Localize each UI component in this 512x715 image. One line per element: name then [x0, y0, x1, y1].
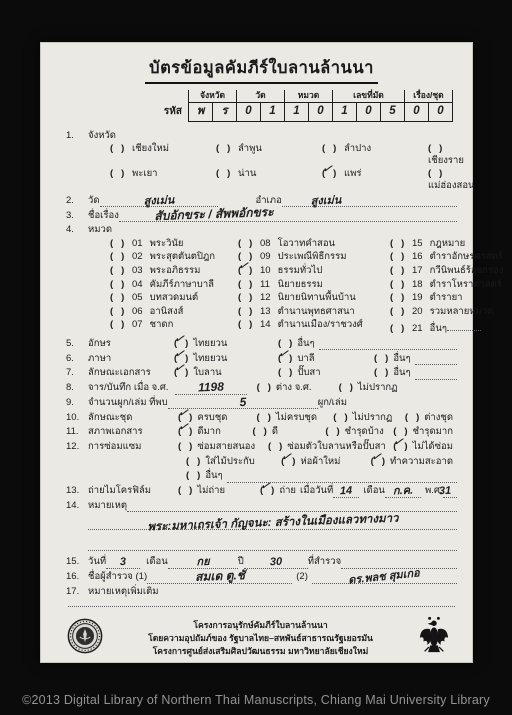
- checkbox: (): [322, 143, 336, 156]
- german-eagle-icon: [417, 616, 451, 661]
- option-label: ตำนานพุทธศาสนา: [278, 306, 355, 317]
- code-cell: 1: [261, 102, 285, 121]
- checkbox: (): [428, 143, 442, 156]
- work-title-label: ชื่อเรื่อง: [88, 210, 119, 223]
- item-number: 10.: [66, 412, 88, 425]
- paren-open: (: [216, 143, 219, 156]
- option-label: ตำนานเมือง/ราชวงศ์: [278, 319, 363, 330]
- option-label: ธรรมทั่วไป: [278, 265, 323, 276]
- code-header-category: หมวด: [285, 90, 333, 103]
- category-number: 17: [412, 265, 427, 278]
- set-label: ลักษณะชุด: [88, 412, 178, 425]
- item-number: 12.: [66, 441, 88, 454]
- category-number: 18: [412, 279, 427, 292]
- paren-open: (: [178, 441, 181, 454]
- checkbox: (): [110, 306, 124, 319]
- paren-open: (: [238, 306, 241, 319]
- category-option: () 19 ตำรายา: [390, 292, 503, 306]
- province-option: ()✓ แพร่: [322, 168, 424, 193]
- microfilm-month-value: ก.ค.: [393, 484, 414, 499]
- option-label: ชาดก: [150, 319, 174, 330]
- paren-close: ): [401, 323, 404, 334]
- code-row-label: รหัส: [164, 105, 182, 118]
- option-label: ประเพณีพิธีกรรม: [278, 251, 347, 262]
- paren-open: (: [278, 367, 281, 380]
- checkbox: (): [252, 426, 266, 439]
- province-options: () เชียงใหม่ () ลำพูน () ลำปาง () เชียงร…: [110, 143, 457, 193]
- temple-label: วัด: [88, 195, 100, 208]
- paren-close: ): [268, 412, 271, 423]
- option-label: นิยายนิทานพื้นบ้าน: [278, 292, 356, 303]
- project-line-2: โดยความอุปถัมภ์ของ รัฐบาลไทย–สหพันธ์สาธา…: [104, 632, 417, 645]
- item-number: 8.: [66, 382, 88, 395]
- code-cell: 0: [309, 102, 333, 121]
- doc-type-label: ลักษณะเอกสาร: [88, 367, 174, 380]
- year-field: 1198: [175, 383, 247, 395]
- category-number: 13: [260, 306, 275, 319]
- checkbox: (): [238, 319, 252, 332]
- category-option: () 05 บทสวดมนต์: [110, 292, 234, 306]
- paren-close: ): [279, 441, 282, 452]
- paren-open: (: [238, 292, 241, 305]
- fascicle-count-label: จำนวนผูก/เล่ม ที่พบ: [88, 397, 168, 410]
- checkbox: (): [110, 279, 124, 292]
- category-number: 20: [412, 306, 427, 319]
- option-label: ใส่ไม้ประกับ: [205, 456, 255, 467]
- code-header-temple: วัด: [237, 90, 285, 103]
- paren-open: (: [390, 251, 393, 264]
- paren-close: ): [121, 292, 124, 303]
- code-header-item: เรื่อง/ชุด: [405, 90, 453, 103]
- microfilm-year-field: 31: [443, 486, 457, 498]
- thai-project-seal-icon: [66, 617, 104, 660]
- remarks-field-2: พระ:มหาเถรเจ้า กัญจนะ: สร้างในเมืองแลวทา…: [88, 518, 457, 530]
- category-number: 10: [260, 265, 275, 278]
- checkbox: ()✓: [322, 168, 336, 181]
- option-label: ห่อผ้าใหม่: [300, 456, 340, 467]
- option-label: บทสวดมนต์: [150, 292, 199, 303]
- option-label: แพร่: [344, 168, 362, 179]
- option-label: ตำราโหราศาสตร์: [430, 279, 502, 290]
- paren-close: ): [439, 143, 442, 154]
- paren-open: (: [178, 485, 181, 498]
- checkbox: (): [390, 306, 404, 319]
- paren-open: (: [186, 470, 189, 483]
- paren-close: ): [401, 306, 404, 317]
- checkbox: (): [268, 441, 282, 454]
- item-number: 16.: [66, 571, 88, 584]
- paren-close: ): [121, 238, 124, 249]
- option-label: ลำปาง: [344, 143, 371, 154]
- remarks-value: พระ:มหาเถรเจ้า กัญจนะ: สร้างในเมืองแลวทา…: [147, 512, 399, 536]
- paren-close: ): [385, 367, 388, 378]
- option-label: โอวาทคำสอน: [278, 238, 335, 249]
- paren-open: (: [238, 279, 241, 292]
- code-header-bundle: เลขที่มัด: [333, 90, 405, 103]
- survey-day-value: 3: [120, 555, 127, 570]
- survey-place-field: [341, 557, 457, 569]
- paren-open: (: [110, 143, 113, 156]
- paren-close: ): [401, 238, 404, 249]
- paren-open: (: [428, 168, 431, 181]
- category-number: 09: [260, 251, 275, 264]
- manuscript-card-scan: บัตรข้อมูลคัมภีร์ใบลานล้านนา รหัส จังหวั…: [40, 42, 473, 663]
- code-cell: พ: [189, 102, 213, 121]
- option-label: พะเยา: [132, 168, 158, 179]
- code-cell: ร: [213, 102, 237, 121]
- checkbox: (): [428, 168, 442, 181]
- category-number: 06: [132, 306, 147, 319]
- option-label: อื่นๆ: [393, 367, 410, 378]
- checkbox: (): [178, 485, 192, 498]
- work-title-value: สับอักขระ / สัพพอักขระ: [154, 205, 274, 225]
- option-label: กฎหมาย: [430, 238, 466, 249]
- paren-close: ): [385, 353, 388, 364]
- item-number: 7.: [66, 367, 88, 380]
- paren-close: ): [189, 485, 192, 496]
- paren-close: ): [227, 168, 230, 179]
- paren-open: (: [374, 353, 377, 366]
- microfilm-day-value: 14: [340, 484, 353, 499]
- paren-open: (: [110, 265, 113, 278]
- checkbox: (): [374, 367, 388, 380]
- option-label: ต่าง จ.ศ.: [276, 382, 312, 393]
- surveyor1-signature: สมเด ตู.ชั: [195, 568, 245, 586]
- checkbox: (): [390, 265, 404, 278]
- category-option: () 08 โอวาทคำสอน: [238, 238, 386, 252]
- paren-close: ): [401, 251, 404, 262]
- province-label: จังหวัด: [88, 130, 116, 143]
- additional-remarks-label: หมายเหตุเพิ่มเติม: [88, 586, 159, 599]
- province-option: () แม่ฮ่องสอน: [428, 168, 475, 193]
- province-option: () เชียงใหม่: [110, 143, 212, 168]
- option-label: พระวินัย: [150, 238, 184, 249]
- paren-close: ): [416, 412, 419, 423]
- option-label: ปั๊บสา: [297, 367, 320, 378]
- code-table: จังหวัด วัด หมวด เลขที่มัด เรื่อง/ชุด พร…: [188, 90, 453, 122]
- category-option: () 07 ชาดก: [110, 319, 234, 333]
- option-label: พระสุตตันตปิฎก: [150, 251, 215, 262]
- survey-place-label: ที่สำรวจ: [308, 556, 341, 569]
- checkbox: ()✓: [371, 456, 385, 469]
- category-option: () 20 รวมหลายหมวด: [390, 306, 503, 320]
- item-number: 4.: [66, 224, 88, 237]
- province-option: () เชียงราย: [428, 143, 475, 168]
- paren-close: ): [344, 412, 347, 423]
- paren-close: ): [121, 319, 124, 330]
- checkbox: ()✓: [281, 456, 295, 469]
- code-cell: 1: [333, 102, 357, 121]
- paren-close: ): [337, 426, 340, 437]
- checkbox: ()✓: [260, 485, 274, 498]
- checkbox: (): [110, 168, 124, 181]
- option-label: แม่ฮ่องสอน: [428, 180, 475, 191]
- paren-close: ): [121, 251, 124, 262]
- checkbox: (): [178, 441, 192, 454]
- category-number: 16: [412, 251, 427, 264]
- divider-line: [68, 606, 455, 607]
- option-label: เชียงใหม่: [132, 143, 169, 154]
- year-value: 1198: [197, 379, 223, 396]
- category-option: () 18 ตำราโหราศาสตร์: [390, 279, 503, 293]
- checkbox: (): [186, 456, 200, 469]
- paren-close: ): [249, 279, 252, 290]
- paren-open: (: [110, 251, 113, 264]
- item-number: 1.: [66, 130, 88, 143]
- option-label: ชำรุดมาก: [413, 426, 453, 437]
- code-value-row: พร011010500: [189, 102, 453, 121]
- province-option: () พะเยา: [110, 168, 212, 193]
- paren-open: (: [216, 168, 219, 181]
- option-label: กวีนิพนธ์ร้อยกรอง: [430, 265, 504, 276]
- checkbox: (): [186, 470, 200, 483]
- checkbox: (): [390, 251, 404, 264]
- option-label: ไทยยวน: [193, 338, 227, 349]
- paren-close: ): [197, 456, 200, 467]
- paren-open: (: [390, 279, 393, 292]
- category-number: 21: [412, 323, 427, 336]
- code-cell: 5: [381, 102, 405, 121]
- paren-open: (: [110, 292, 113, 305]
- paren-close: ): [264, 426, 267, 437]
- paren-open: (: [110, 306, 113, 319]
- province-option: () ลำปาง: [322, 143, 424, 168]
- paren-open: (: [257, 382, 260, 395]
- option-label: ไม่ครบชุด: [276, 412, 317, 423]
- category-number: 14: [260, 319, 275, 332]
- remarks-field-1: [127, 500, 457, 512]
- category-number: 01: [132, 238, 147, 251]
- paren-close: ): [268, 382, 271, 393]
- card-title: บัตรข้อมูลคัมภีร์ใบลานล้านนา: [145, 58, 378, 84]
- paren-close: ): [197, 470, 200, 481]
- checkbox: (): [110, 143, 124, 156]
- paren-close: ): [289, 367, 292, 378]
- item-number: 9.: [66, 397, 88, 410]
- option-label: ไม่ถ่าย: [197, 485, 225, 496]
- checkbox: (): [390, 323, 404, 336]
- option-label: รวมหลายหมวด: [430, 306, 494, 317]
- option-label: อื่นๆ: [393, 353, 410, 364]
- survey-year-value: 30: [269, 555, 282, 570]
- checkbox: ()✓: [393, 441, 407, 454]
- category-option: () 02 พระสุตตันตปิฎก: [110, 251, 234, 265]
- temple-value: สูงเม่น: [143, 193, 174, 209]
- category-option: () 21 อื่นๆ: [390, 319, 503, 333]
- option-label: ดี: [272, 426, 278, 437]
- paren-close: ): [121, 306, 124, 317]
- surveyor2-label: (2): [296, 571, 308, 584]
- category-other-field: [447, 319, 481, 331]
- paren-close: ): [121, 143, 124, 154]
- option-label: ไม่ปรากฏ: [358, 382, 398, 393]
- option-label: ไม่ปรากฏ: [353, 412, 393, 423]
- option-label: พระอภิธรรม: [150, 265, 201, 276]
- microfilm-month-field: ก.ค.: [385, 486, 421, 498]
- category-number: 03: [132, 265, 147, 278]
- checkbox: (): [333, 412, 347, 425]
- paren-open: (: [390, 292, 393, 305]
- paren-close: ): [189, 441, 192, 452]
- checkbox: ()✓: [278, 353, 292, 366]
- category-number: 15: [412, 238, 427, 251]
- category-number: 02: [132, 251, 147, 264]
- option-label: คัมภีร์ภาษาบาลี: [150, 279, 214, 290]
- paren-open: (: [268, 441, 271, 454]
- card-footer: โครงการอนุรักษ์คัมภีร์ใบลานล้านนา โดยควา…: [66, 616, 457, 661]
- paren-close: ): [121, 265, 124, 276]
- option-label: ไม่ได้ซ่อม: [413, 441, 453, 452]
- item-number: 3.: [66, 210, 88, 223]
- province-option: () ลำพูน: [216, 143, 318, 168]
- option-label: ต่างชุด: [424, 412, 453, 423]
- category-option: () 03 พระอภิธรรม: [110, 265, 234, 279]
- district-field: สูงเม่น: [282, 195, 457, 207]
- inscription-year-label: จาร/บันทึก เมื่อ จ.ศ.: [88, 382, 169, 395]
- category-option: () 09 ประเพณีพิธีกรรม: [238, 251, 386, 265]
- survey-month-value: กย: [196, 555, 210, 570]
- microfilm-year-value: 31: [439, 484, 452, 499]
- surveyor2-field: ดร.พลช สุมเกอ: [312, 572, 457, 584]
- option-label: นิยายธรรม: [278, 279, 323, 290]
- option-label: อื่นๆ: [430, 323, 447, 334]
- repair-label: การซ่อมแซม: [88, 441, 178, 454]
- code-cell: 1: [285, 102, 309, 121]
- code-header-row: จังหวัด วัด หมวด เลขที่มัด เรื่อง/ชุด: [189, 90, 453, 103]
- option-label: ลำพูน: [238, 143, 262, 154]
- temple-field: สูงเม่น: [100, 195, 218, 207]
- code-cell: 0: [405, 102, 429, 121]
- paren-open: (: [390, 323, 393, 336]
- category-option: () 01 พระวินัย: [110, 238, 234, 252]
- checkbox: (): [374, 353, 388, 366]
- category-option: () 11 นิยายธรรม: [238, 279, 386, 293]
- paren-open: (: [333, 412, 336, 425]
- paren-open: (: [322, 143, 325, 156]
- item-number: 6.: [66, 353, 88, 366]
- option-label: ดีมาก: [197, 426, 221, 437]
- option-label: น่าน: [238, 168, 256, 179]
- category-label: หมวด: [88, 224, 112, 237]
- checkbox: ()✓: [238, 265, 252, 278]
- category-option: () 13 ตำนานพุทธศาสนา: [238, 306, 386, 320]
- fascicle-unit-label: ผูก/เล่ม: [318, 397, 347, 410]
- paren-close: ): [350, 382, 353, 393]
- project-line-3: โครงการศูนย์ส่งเสริมศิลปวัฒนธรรม มหาวิทย…: [104, 645, 417, 658]
- category-option: ()✓ 10 ธรรมทั่วไป: [238, 265, 386, 279]
- district-value: สูงเม่น: [310, 193, 341, 209]
- item-number: 13.: [66, 485, 88, 498]
- item-number: 5.: [66, 338, 88, 351]
- checkbox: (): [278, 367, 292, 380]
- checkbox: (): [110, 251, 124, 264]
- paren-close: ): [121, 168, 124, 179]
- option-label: ซ่อมตัวใบลานหรือปั๊บสา: [287, 441, 386, 452]
- surveyor1-field: สมเด ตู.ชั: [147, 572, 292, 584]
- option-label: อื่นๆ: [205, 470, 222, 481]
- project-text: โครงการอนุรักษ์คัมภีร์ใบลานล้านนา โดยควา…: [104, 619, 417, 659]
- checkbox: (): [238, 279, 252, 292]
- checkbox: (): [238, 238, 252, 251]
- option-label: ใบลาน: [193, 367, 221, 378]
- checkbox: (): [390, 279, 404, 292]
- option-label: ทำความสะอาด: [390, 456, 453, 467]
- language-other-field: [415, 353, 457, 365]
- category-option: () 14 ตำนานเมือง/ราชวงศ์: [238, 319, 386, 333]
- category-option: () 16 ตำราอักษรศาสตร์: [390, 251, 503, 265]
- paren-open: (: [390, 306, 393, 319]
- checkbox: (): [216, 168, 230, 181]
- option-label: ไทยยวน: [193, 353, 227, 364]
- paren-close: ): [249, 292, 252, 303]
- code-header-province: จังหวัด: [189, 90, 237, 103]
- paren-open: (: [374, 367, 377, 380]
- paren-open: (: [325, 426, 328, 439]
- paren-close: ): [404, 441, 407, 452]
- option-label: เชียงราย: [428, 155, 464, 166]
- option-label: อื่นๆ: [297, 338, 314, 349]
- paren-open: (: [252, 426, 255, 439]
- paren-open: (: [110, 319, 113, 332]
- category-number: 12: [260, 292, 275, 305]
- doc-type-other-field: [415, 368, 457, 380]
- category-number: 08: [260, 238, 275, 251]
- checkbox: (): [339, 382, 353, 395]
- checkbox: (): [405, 412, 419, 425]
- category-number: 05: [132, 292, 147, 305]
- microfilm-label: ถ่ายไมโครฟิล์ม: [88, 485, 178, 498]
- language-label: ภาษา: [88, 353, 174, 366]
- paren-close: ): [439, 168, 442, 179]
- checkbox: (): [390, 292, 404, 305]
- option-label: ซ่อมสายสนอง: [197, 441, 255, 452]
- microfilm-day-field: 14: [333, 486, 359, 498]
- script-label: อักษร: [88, 338, 174, 351]
- paren-close: ): [401, 292, 404, 303]
- remarks-label: หมายเหตุ: [88, 500, 127, 513]
- surveyor1-label: ชื่อผู้สำรวจ (1): [88, 571, 147, 584]
- category-options: () 01 พระวินัย () 02 พระสุตตันตปิฎก () 0…: [110, 238, 457, 333]
- item-number: 14.: [66, 500, 88, 513]
- paren-close: ): [227, 143, 230, 154]
- paren-close: ): [121, 279, 124, 290]
- category-number: 19: [412, 292, 427, 305]
- condition-label: สภาพเอกสาร: [88, 426, 178, 439]
- paren-close: ): [249, 238, 252, 249]
- category-number: 07: [132, 319, 147, 332]
- paren-close: ): [401, 265, 404, 276]
- paren-open: (: [390, 265, 393, 278]
- checkbox: (): [238, 306, 252, 319]
- code-table-row: รหัส จังหวัด วัด หมวด เลขที่มัด เรื่อง/ช…: [66, 90, 453, 122]
- paren-close: ): [249, 319, 252, 330]
- category-option: () 15 กฎหมาย: [390, 238, 503, 252]
- checkbox: (): [257, 382, 271, 395]
- checkbox: (): [325, 426, 339, 439]
- option-label: บาลี: [297, 353, 314, 364]
- option-label: อานิสงส์: [150, 306, 184, 317]
- survey-year-field: 30: [244, 557, 308, 569]
- option-label: ชำรุดบ้าง: [345, 426, 384, 437]
- paren-open: (: [110, 279, 113, 292]
- option-label: ตำราอักษรศาสตร์: [430, 251, 503, 262]
- category-option: () 06 อานิสงส์: [110, 306, 234, 320]
- category-number: 11: [260, 279, 275, 292]
- code-cell: 0: [429, 102, 453, 121]
- checkbox: (): [110, 265, 124, 278]
- checkbox: (): [110, 292, 124, 305]
- province-option: () น่าน: [216, 168, 318, 193]
